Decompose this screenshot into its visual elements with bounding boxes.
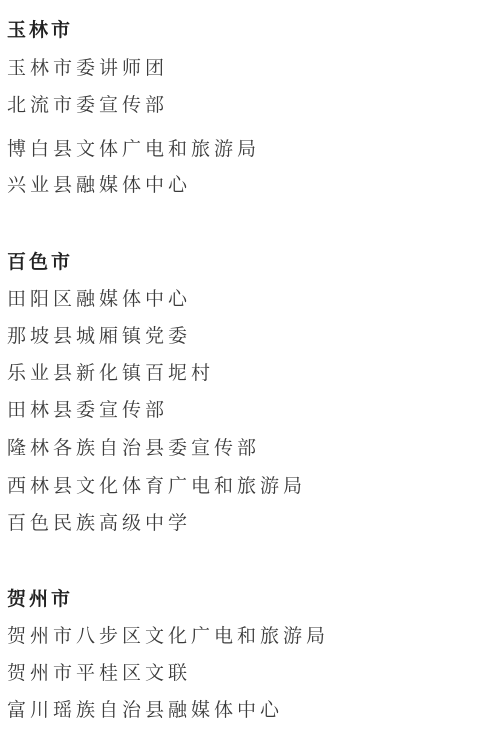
- list-item: 田阳区融媒体中心: [7, 287, 191, 311]
- list-item: 北流市委宣传部: [7, 93, 168, 117]
- list-item: 隆林各族自治县委宣传部: [7, 436, 260, 460]
- list-item: 兴业县融媒体中心: [7, 173, 191, 197]
- list-item: 贺州市平桂区文联: [7, 661, 191, 685]
- section-heading: 贺州市: [7, 587, 73, 611]
- list-item: 西林县文化体育广电和旅游局: [7, 474, 306, 498]
- list-item: 田林县委宣传部: [7, 398, 168, 422]
- list-item: 那坡县城厢镇党委: [7, 324, 191, 348]
- list-item: 富川瑶族自治县融媒体中心: [7, 698, 283, 722]
- list-item: 博白县文体广电和旅游局: [7, 137, 260, 161]
- list-item: 玉林市委讲师团: [7, 56, 168, 80]
- section-heading: 百色市: [7, 250, 73, 274]
- list-item: 百色民族高级中学: [7, 511, 191, 535]
- section-heading: 玉林市: [7, 18, 73, 42]
- list-item: 贺州市八步区文化广电和旅游局: [7, 624, 329, 648]
- list-item: 乐业县新化镇百坭村: [7, 361, 214, 385]
